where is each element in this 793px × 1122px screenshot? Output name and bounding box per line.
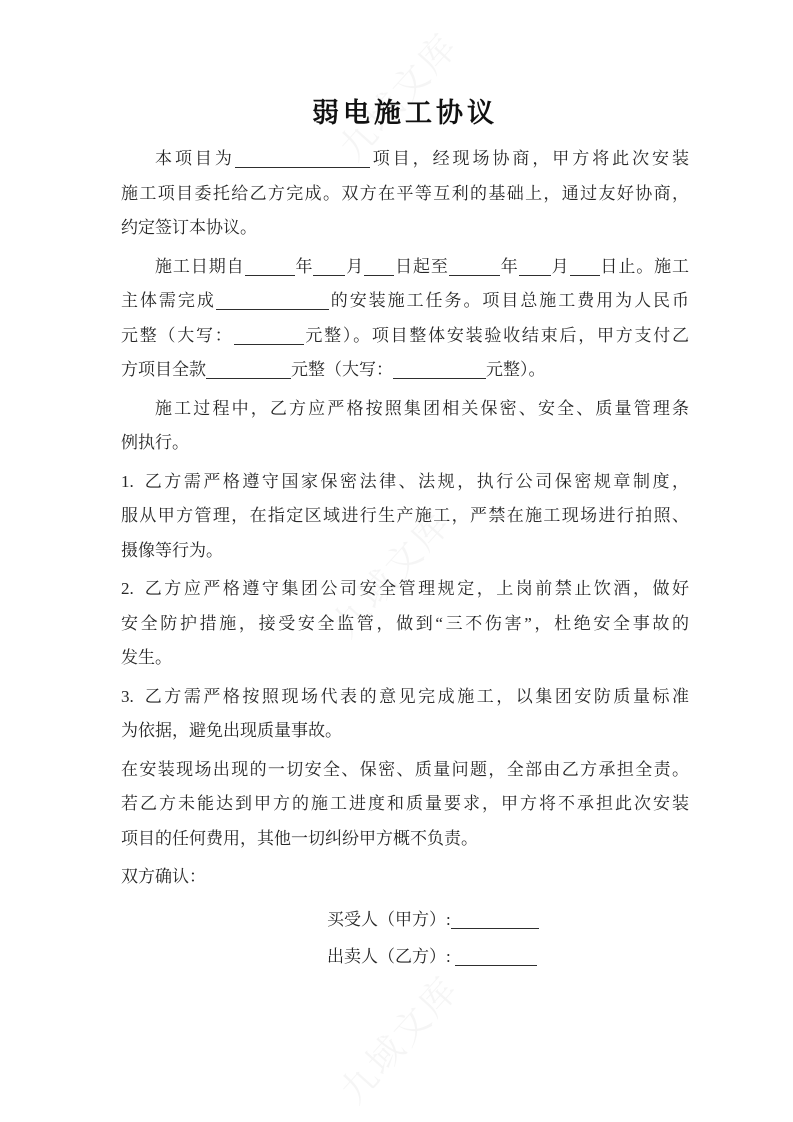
text-run: 项目，经现场协商，甲方将此次安装 [370,149,689,168]
paragraph-line: 方项目全款元整（大写：元整）。 [121,353,689,388]
text-run: 元整（大写： [291,360,393,379]
paragraph: 2. 乙方应严格遵守集团公司安全管理规定，上岗前禁止饮酒，做好安全防护措施，接受… [121,572,689,676]
paragraph: 施工过程中，乙方应严格按照集团相关保密、安全、质量管理条例执行。 [121,392,689,461]
signature-line: 出卖人（乙方）: [327,938,689,975]
paragraph-line: 项目的任何费用，其他一切纠纷甲方概不负责。 [121,822,689,857]
paragraph-line: 约定签订本协议。 [121,211,689,246]
document-title: 弱电施工协议 [121,92,689,134]
paragraph-line: 服从甲方管理，在指定区域进行生产施工，严禁在施工现场进行拍照、 [121,499,689,534]
text-run: 元整（大写： [121,326,234,345]
paragraph-line: 本项目为项目，经现场协商，甲方将此次安装 [121,142,689,177]
paragraph-line: 双方确认： [121,860,689,895]
text-run: 在安装现场出现的一切安全、保密、质量问题，全部由乙方承担全责。 [121,760,689,779]
text-run: 发生。 [121,648,172,667]
paragraph-line: 施工日期自年月日起至年月日止。施工 [121,250,689,285]
text-run: 服从甲方管理，在指定区域进行生产施工，严禁在施工现场进行拍照、 [121,506,689,525]
paragraph-line: 摄像等行为。 [121,534,689,569]
paragraph: 在安装现场出现的一切安全、保密、质量问题，全部由乙方承担全责。若乙方未能达到甲方… [121,753,689,857]
paragraph-line: 发生。 [121,641,689,676]
text-run: 1. 乙方需严格遵守国家保密法律、法规，执行公司保密规章制度， [121,472,689,491]
paragraph-line: 为依据，避免出现质量事故。 [121,714,689,749]
paragraph-line: 2. 乙方应严格遵守集团公司安全管理规定，上岗前禁止饮酒，做好 [121,572,689,607]
signature-block: 买受人（甲方）:出卖人（乙方）: [121,901,689,975]
paragraph: 双方确认： [121,860,689,895]
paragraph: 3. 乙方需严格按照现场代表的意见完成施工，以集团安防质量标准为依据，避免出现质… [121,680,689,749]
text-run: 双方确认： [121,867,206,886]
signature-line: 买受人（甲方）: [327,901,689,938]
paragraph-line: 在安装现场出现的一切安全、保密、质量问题，全部由乙方承担全责。 [121,753,689,788]
fill-in-blank[interactable] [449,260,500,276]
text-run: 2. 乙方应严格遵守集团公司安全管理规定，上岗前禁止饮酒，做好 [121,579,689,598]
watermark: 九域文库 [327,963,469,1113]
text-run: 年 [295,257,314,276]
fill-in-blank[interactable] [570,260,600,276]
text-run: 月 [345,257,364,276]
fill-in-blank[interactable] [364,260,394,276]
text-run: 本项目为 [155,149,235,168]
paragraph: 本项目为项目，经现场协商，甲方将此次安装施工项目委托给乙方完成。双方在平等互利的… [121,142,689,246]
fill-in-blank[interactable] [245,260,295,276]
fill-in-blank[interactable] [216,294,329,310]
document-content: 弱电施工协议 本项目为项目，经现场协商，甲方将此次安装施工项目委托给乙方完成。双… [121,92,689,975]
fill-in-blank[interactable] [451,913,539,929]
text-run: 买受人（甲方）: [327,910,451,929]
fill-in-blank[interactable] [393,363,486,379]
paragraph-line: 安全防护措施，接受安全监管，做到“三不伤害”，杜绝安全事故的 [121,607,689,642]
document-body: 本项目为项目，经现场协商，甲方将此次安装施工项目委托给乙方完成。双方在平等互利的… [121,142,689,895]
text-run: 为依据，避免出现质量事故。 [121,721,342,740]
text-run: 出卖人（乙方）: [327,947,455,966]
text-run: 施工项目委托给乙方完成。双方在平等互利的基础上，通过友好协商， [121,184,689,203]
fill-in-blank[interactable] [234,329,304,345]
text-run: 的安装施工任务。项目总施工费用为人民币 [329,291,689,310]
text-run: 方项目全款 [121,360,206,379]
paragraph: 施工日期自年月日起至年月日止。施工主体需完成的安装施工任务。项目总施工费用为人民… [121,250,689,388]
text-run: 例执行。 [121,433,189,452]
text-run: 日起至 [394,257,449,276]
paragraph-line: 主体需完成的安装施工任务。项目总施工费用为人民币 [121,284,689,319]
paragraph-line: 3. 乙方需严格按照现场代表的意见完成施工，以集团安防质量标准 [121,680,689,715]
fill-in-blank[interactable] [455,950,537,966]
text-run: 施工日期自 [155,257,245,276]
text-run: 年 [500,257,519,276]
text-run: 3. 乙方需严格按照现场代表的意见完成施工，以集团安防质量标准 [121,687,689,706]
paragraph-line: 施工项目委托给乙方完成。双方在平等互利的基础上，通过友好协商， [121,177,689,212]
text-run: 主体需完成 [121,291,216,310]
paragraph-line: 例执行。 [121,426,689,461]
text-run: 月 [551,257,570,276]
text-run: 元整）。 [486,360,546,379]
paragraph-line: 施工过程中，乙方应严格按照集团相关保密、安全、质量管理条 [121,392,689,427]
fill-in-blank[interactable] [313,260,345,276]
paragraph: 1. 乙方需严格遵守国家保密法律、法规，执行公司保密规章制度，服从甲方管理，在指… [121,465,689,569]
text-run: 项目的任何费用，其他一切纠纷甲方概不负责。 [121,829,478,848]
fill-in-blank[interactable] [206,363,291,379]
text-run: 施工过程中，乙方应严格按照集团相关保密、安全、质量管理条 [155,399,689,418]
text-run: 元整）。项目整体安装验收结束后，甲方支付乙 [304,326,689,345]
paragraph-line: 1. 乙方需严格遵守国家保密法律、法规，执行公司保密规章制度， [121,465,689,500]
fill-in-blank[interactable] [235,152,370,168]
document-page: 九域文库九域文库九域文库 弱电施工协议 本项目为项目，经现场协商，甲方将此次安装… [0,0,793,1122]
fill-in-blank[interactable] [519,260,551,276]
text-run: 安全防护措施，接受安全监管，做到“三不伤害”，杜绝安全事故的 [121,614,689,633]
text-run: 若乙方未能达到甲方的施工进度和质量要求，甲方将不承担此次安装 [121,794,689,813]
text-run: 摄像等行为。 [121,541,223,560]
paragraph-line: 元整（大写：元整）。项目整体安装验收结束后，甲方支付乙 [121,319,689,354]
text-run: 日止。施工 [600,257,690,276]
paragraph-line: 若乙方未能达到甲方的施工进度和质量要求，甲方将不承担此次安装 [121,787,689,822]
text-run: 约定签订本协议。 [121,218,257,237]
